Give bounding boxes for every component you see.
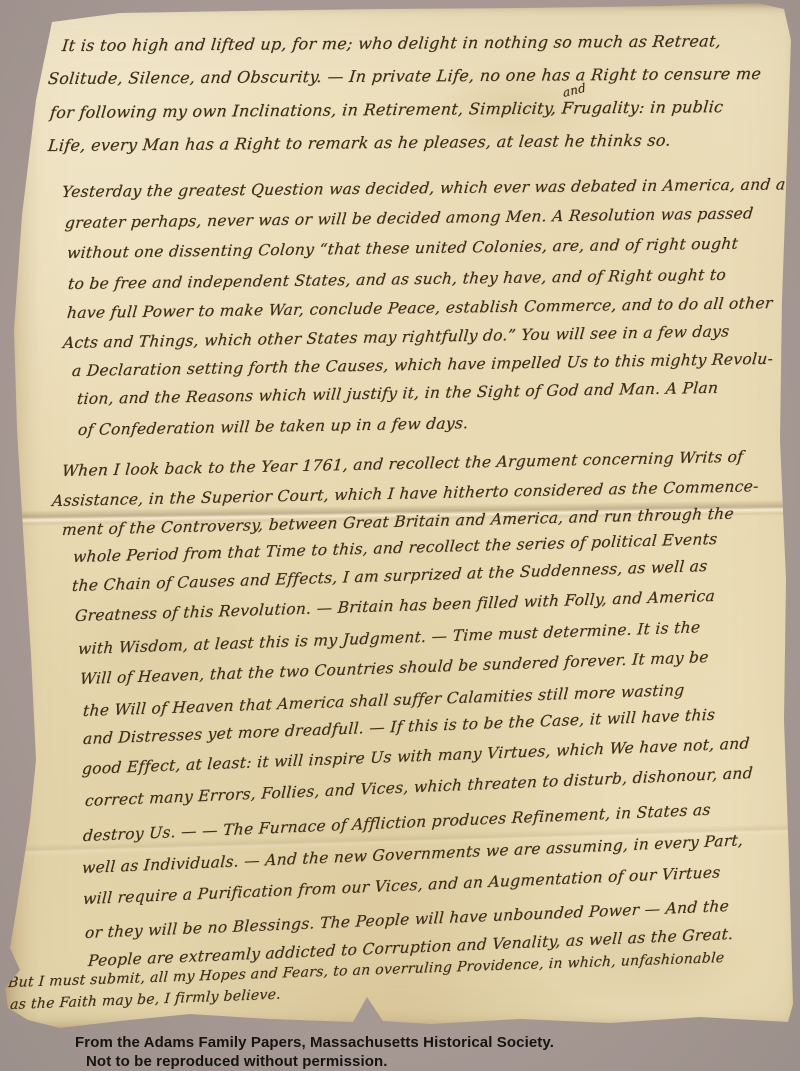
manuscript-line: It is too high and lifted up, for me; wh… xyxy=(61,31,722,55)
manuscript-line: greater perhaps, never was or will be de… xyxy=(64,204,754,232)
manuscript-line: tion, and the Reasons which will justify… xyxy=(76,379,719,408)
manuscript-line: Yesterday the greatest Question was deci… xyxy=(61,175,786,201)
manuscript-line: of Confederation will be taken up in a f… xyxy=(77,414,469,439)
manuscript-line: have full Power to make War, conclude Pe… xyxy=(66,294,773,322)
ink-layer: It is too high and lifted up, for me; wh… xyxy=(0,0,800,1032)
manuscript-line: Greatness of this Revolution. — Britain … xyxy=(74,587,715,625)
manuscript-line: Assistance, in the Superior Court, which… xyxy=(51,477,759,510)
manuscript-line: Acts and Things, which other States may … xyxy=(62,322,730,352)
manuscript-line: to be free and independent States, and a… xyxy=(67,266,727,293)
manuscript-line: without one dissenting Colony “that thes… xyxy=(66,235,739,262)
scanned-letter-view: It is too high and lifted up, for me; wh… xyxy=(0,0,800,1071)
manuscript-line: Life, every Man has a Right to remark as… xyxy=(47,131,672,155)
manuscript-line: a Declaration setting forth the Causes, … xyxy=(71,350,774,380)
manuscript-page: It is too high and lifted up, for me; wh… xyxy=(0,0,800,1032)
manuscript-line: Solitude, Silence, and Obscurity. — In p… xyxy=(47,64,762,88)
manuscript-line: When I look back to the Year 1761, and r… xyxy=(61,448,744,480)
manuscript-line: for following my own Inclinations, in Re… xyxy=(49,97,724,122)
caption-permission: Not to be reproduced without permission. xyxy=(86,1053,388,1070)
manuscript-line: as the Faith may be, I firmly believe. xyxy=(9,987,281,1013)
caption-credit: From the Adams Family Papers, Massachuse… xyxy=(75,1034,554,1051)
